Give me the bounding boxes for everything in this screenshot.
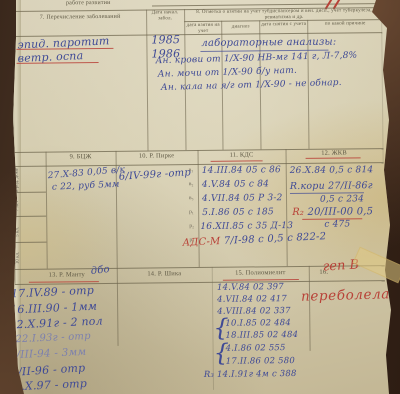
- kds-late-vaccine: АДС-М: [182, 236, 220, 249]
- section12-header: 12. ЖКВ: [286, 149, 383, 157]
- jkv-late-mark: R₂: [292, 207, 307, 218]
- kds-row-mark: р₂: [189, 223, 194, 229]
- jkv-late-entry: R₂ 20/III-00 0,5: [292, 206, 373, 218]
- polio-entry: 17.II.86 02 580: [226, 356, 295, 367]
- date-column-header: Дата начал. забол.: [148, 10, 182, 22]
- disease-year: 1985: [151, 33, 180, 46]
- t3-col15-border: [309, 266, 311, 351]
- section16-red-note: переболела: [301, 286, 390, 304]
- mantu-entry: 22.X.91г - 2 пол: [9, 314, 103, 331]
- t2-col10-border: [198, 150, 200, 267]
- lab-result-line: Ан. крови от 1/X-90 НВ-мг 141 г, Л-7,8%: [155, 51, 357, 67]
- jkv-entry: R.кори 27/II-86г: [290, 180, 373, 192]
- section7-header: 7. Перечисление заболеваний: [16, 14, 144, 22]
- mantu-entry: 5/II-96 - отр: [10, 361, 85, 379]
- kds-entry: 4.V.84 05 с 84: [202, 179, 269, 190]
- section11-red-underline: [211, 160, 263, 162]
- kds-entry: 14.III.84 05 с 86: [202, 165, 281, 176]
- polio-entry: 18.III.85 02 484: [225, 330, 298, 341]
- t2-stub-border: [46, 152, 48, 269]
- top-fragment: работе развитии: [66, 0, 111, 7]
- bcg-entry: с 22, руб 5мм: [52, 180, 120, 193]
- lab-result-line: Ан. кала на я/г от 1/X-90 - не обнар.: [161, 78, 342, 93]
- section12-red-underline: [306, 157, 361, 159]
- mantu-entry: 17.IV.89 - отр: [11, 284, 94, 301]
- kds-row-mark: в₁: [189, 167, 194, 173]
- mantu-entry: 16.III.90 - 1мм: [10, 300, 97, 317]
- document-paper: работе развитии 7. Перечисление заболева…: [6, 0, 394, 394]
- section9-header: 9. БЦЖ: [46, 153, 116, 161]
- top-rule: [152, 3, 376, 6]
- form-content: работе развитии 7. Перечисление заболева…: [4, 0, 396, 394]
- pirke-entry: 6/IV-99г -отр: [118, 167, 191, 183]
- polio-entry: 14.V.84 02 397: [217, 282, 284, 293]
- jkv-entry: 0,5 с 234: [320, 194, 364, 204]
- kds-entry: 5.I.86 05 с 185: [202, 207, 274, 218]
- kds-row-mark: в₃: [189, 195, 194, 201]
- lab-analyses-title: лабораторные анализы:: [201, 37, 336, 49]
- polio-entry: R₃ 14.I.91г 4м с 388: [204, 369, 297, 380]
- jkv-entry: 26.X.84 0,5 с 814: [290, 165, 374, 176]
- t1-left-border: [12, 11, 16, 284]
- disease-underline: [17, 62, 99, 64]
- t3-col13-border: [117, 268, 119, 346]
- t2-col11-border: [286, 149, 288, 266]
- mantu-entry: 22.I.93г - отр: [15, 331, 91, 345]
- jkv-late-seal: с 475: [324, 219, 350, 229]
- subheader-diagnosis: диагноз: [222, 24, 259, 30]
- kds-late-details: 7/I-98 с 0,5 с 822-2: [220, 231, 326, 247]
- mantu-note: дбо: [90, 264, 110, 277]
- lab-result-line: Ан. мочи от 1/X-90 б/у нат.: [158, 66, 298, 80]
- t1-right-border: [381, 7, 384, 162]
- section14-header: 14. Р. Шика: [117, 270, 212, 278]
- kds-entry: 4.VII.84 05 Р 3-2: [202, 193, 283, 204]
- section11-header: 11. КДС: [198, 151, 286, 159]
- kds-entry: 16.XII.85 с 35 Д-13: [200, 221, 293, 232]
- kds-late-entry: АДС-М 7/I-98 с 0,5 с 822-2: [182, 231, 326, 249]
- mantu-entry: 1.X.97 - отр: [14, 377, 88, 393]
- subheader-date-removed: дата снятия с учета: [260, 22, 307, 28]
- bcg-entry: 27.X-83 0,05 в/к: [47, 165, 125, 181]
- section15-header: 15. Полиомиелит: [212, 269, 309, 277]
- kds-row-mark: р₁: [189, 209, 194, 215]
- jkv-late-details: 20/III-00 0,5: [307, 206, 373, 218]
- photo-background: работе развитии 7. Перечисление заболева…: [0, 0, 400, 394]
- polio-entry: 4.VII.84 02 417: [217, 294, 287, 305]
- subheader-reason: по какой причине: [308, 21, 382, 28]
- polio-entry: 10.I.85 02 484: [225, 318, 291, 329]
- t1-col7-border: [146, 10, 148, 151]
- mantu-entry: 1/III-94 - 3мм: [9, 346, 86, 361]
- kds-row-mark: в₂: [189, 181, 194, 187]
- section10-header: 10. Р. Пирке: [116, 152, 198, 160]
- polio-entry: 4.I.86 02 555: [226, 343, 286, 354]
